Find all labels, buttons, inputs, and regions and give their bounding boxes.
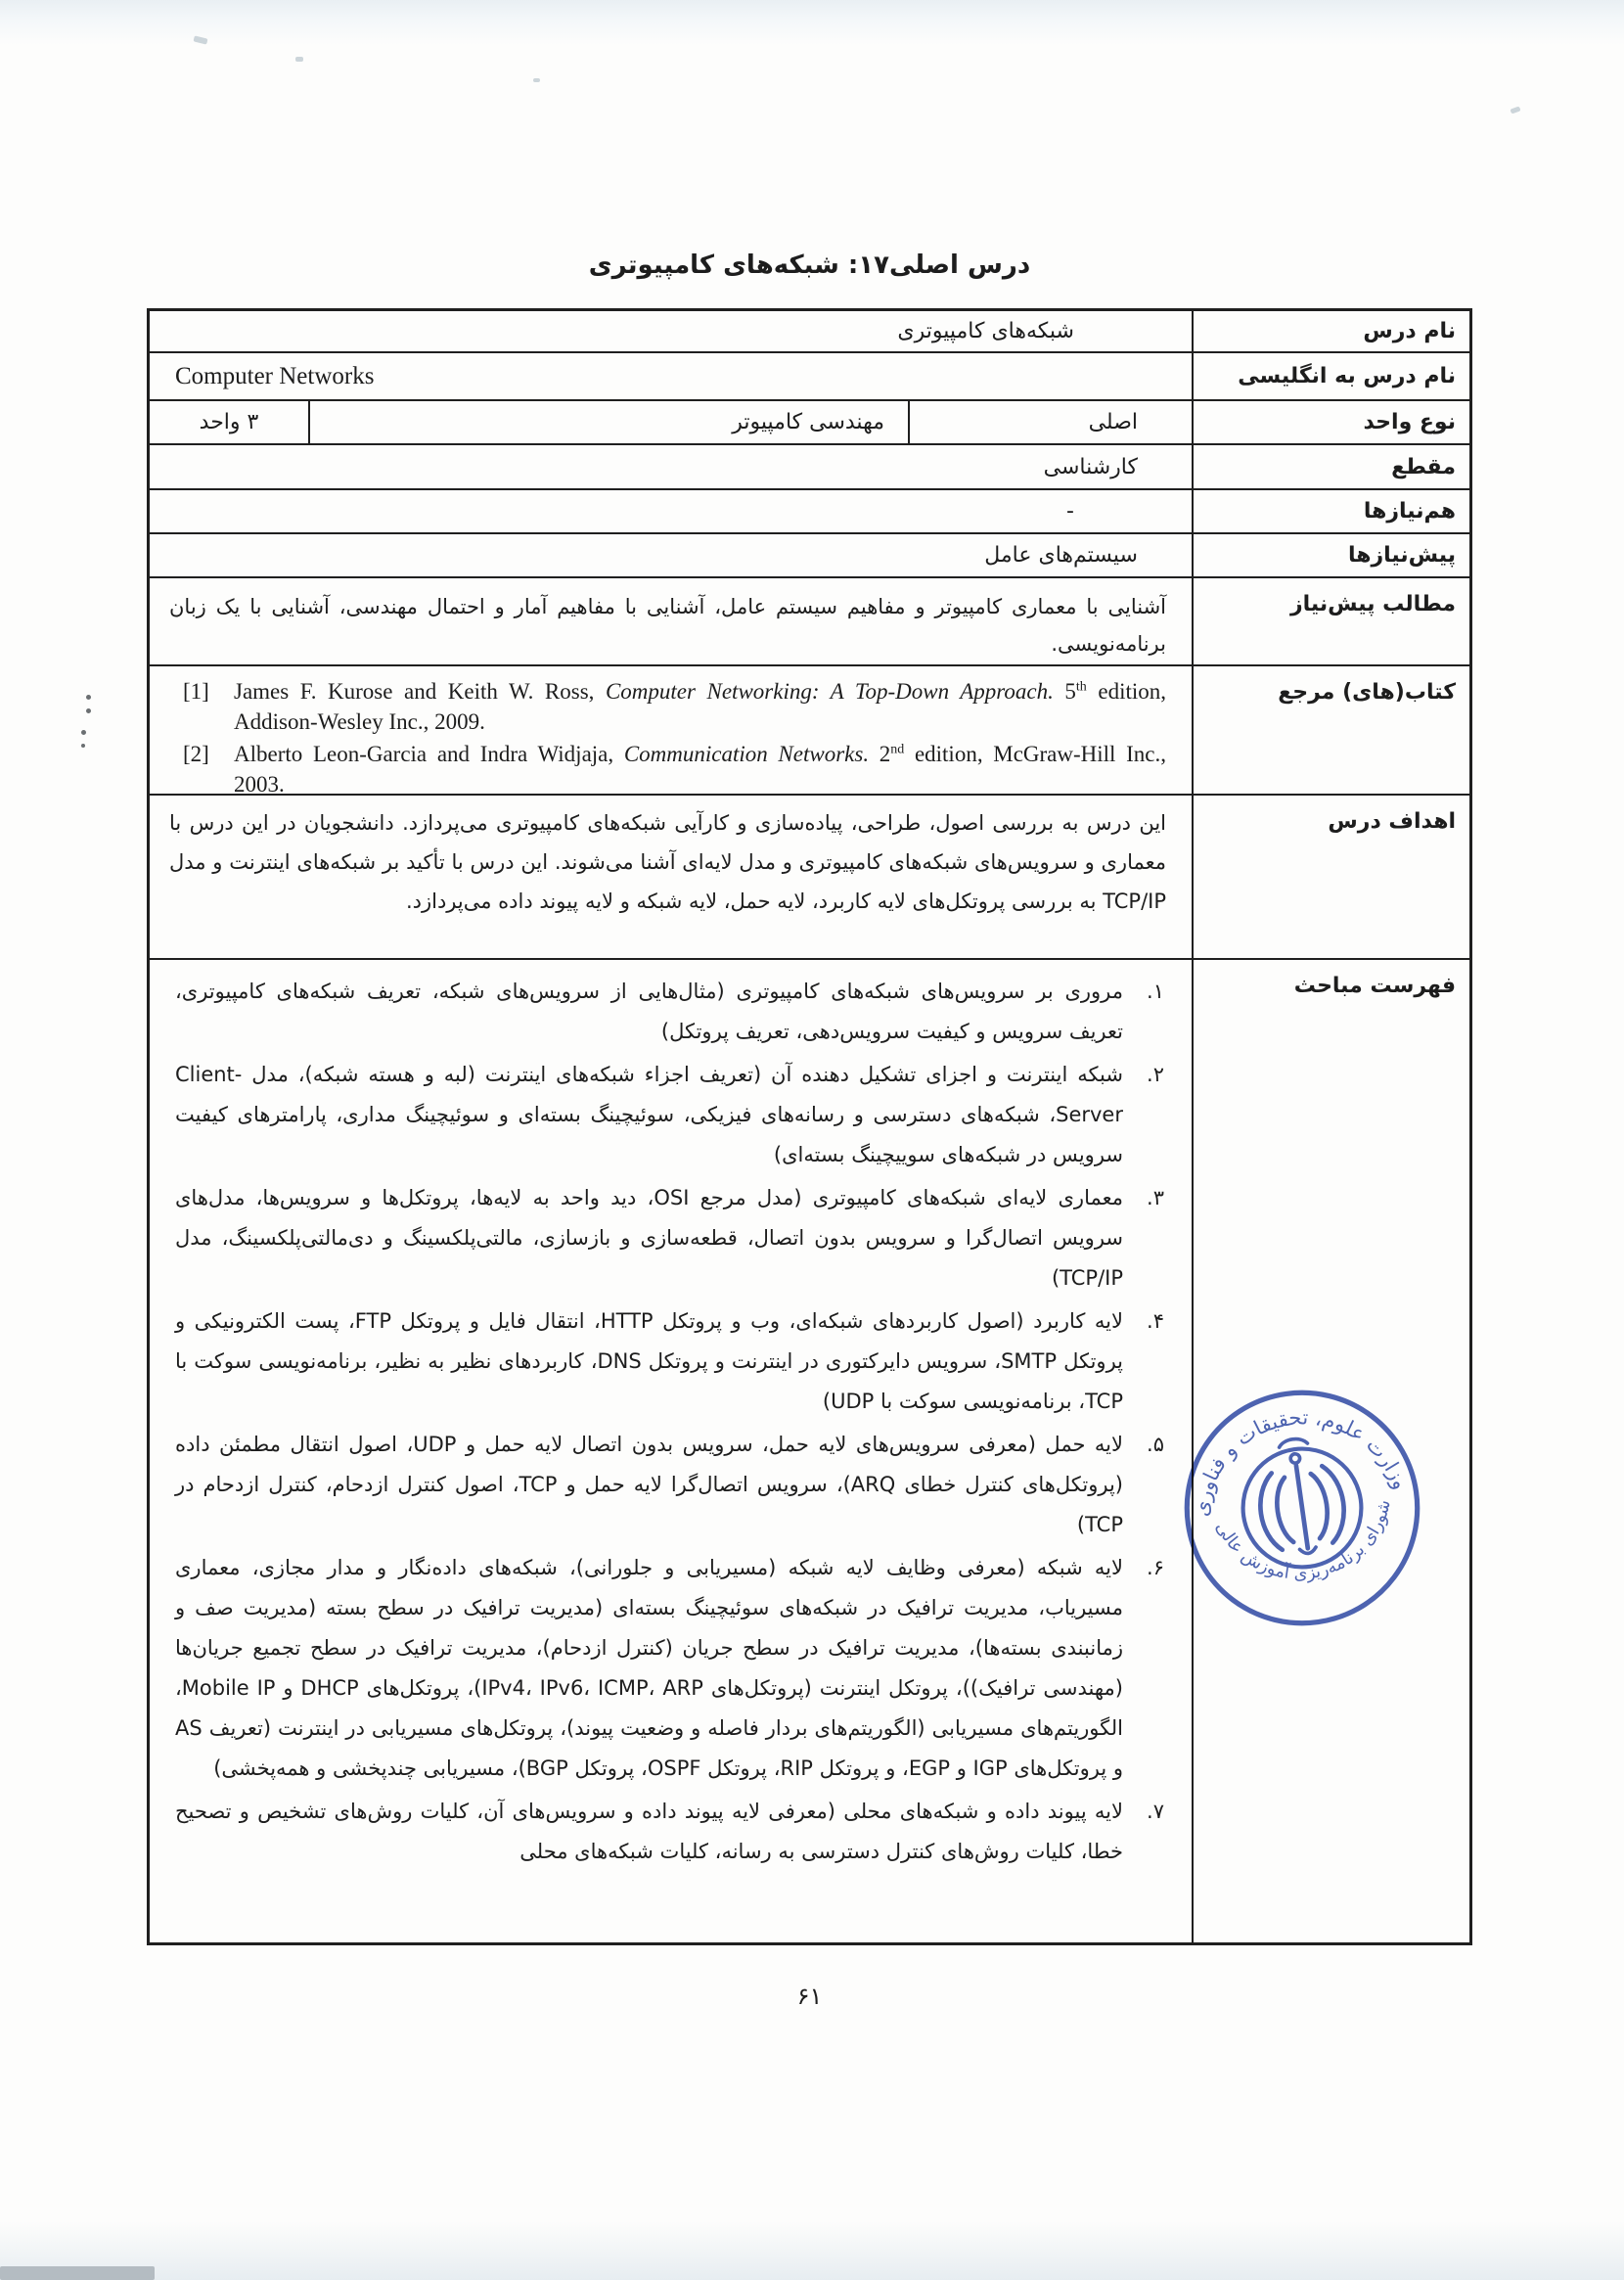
row-course-name-en: نام درس به انگلیسی Computer Networks (150, 353, 1469, 401)
row-prerequisites: پیش‌نیازها سیستم‌های عامل (150, 534, 1469, 578)
row-label-goals: اهداف درس (1192, 796, 1469, 958)
scan-edge-bottom (0, 2221, 1624, 2280)
topic-item-2: ۲. شبکه اینترنت و اجزای تشکیل دهنده آن (… (163, 1055, 1168, 1175)
reference-edition: 2 (869, 742, 890, 766)
goals-cell: این درس به بررسی اصول، طراحی، پیاده‌سازی… (150, 796, 1192, 958)
reference-edition-ordinal: th (1076, 679, 1087, 694)
reference-edition: 5 (1054, 679, 1076, 704)
references-list: [1]James F. Kurose and Keith W. Ross, Co… (183, 666, 1166, 794)
row-label-corequisites: هم‌نیازها (1192, 490, 1469, 532)
row-label-references: کتاب(های) مرجع (1192, 666, 1469, 794)
prerequisites-value: سیستم‌های عامل (150, 534, 1192, 576)
reference-item-1: [1]James F. Kurose and Keith W. Ross, Co… (183, 676, 1166, 737)
row-label-unit-type: نوع واحد (1192, 401, 1469, 443)
row-label-prerequisites: پیش‌نیازها (1192, 534, 1469, 576)
topic-text: لایه پیوند داده و شبکه‌های محلی (معرفی ل… (163, 1792, 1123, 1872)
references-cell: [1]James F. Kurose and Keith W. Ross, Co… (150, 666, 1192, 794)
reference-authors: James F. Kurose and Keith W. Ross, (234, 679, 606, 704)
row-unit-type: نوع واحد اصلی مهندسی کامپیوتر ۳ واحد (150, 401, 1469, 445)
reference-title: Communication Networks. (624, 742, 869, 766)
topic-number: ۲. (1123, 1055, 1168, 1175)
topic-item-7: ۷. لایه پیوند داده و شبکه‌های محلی (معرف… (163, 1792, 1168, 1872)
level-value: کارشناسی (150, 445, 1192, 488)
scan-corner-artifact (0, 2266, 155, 2280)
row-prereq-topics: مطالب پیش‌نیاز آشنایی با معماری کامپیوتر… (150, 578, 1469, 666)
scan-speck (86, 695, 91, 700)
reference-marker: [1] (183, 676, 234, 707)
row-topics: فهرست مباحث ۱. مروری بر سرویس‌های شبکه‌ه… (150, 960, 1469, 1942)
scan-speck (86, 708, 91, 713)
unit-field-value: مهندسی کامپیوتر (310, 401, 910, 443)
reference-marker: [2] (183, 739, 234, 769)
row-course-name: نام درس شبکه‌های کامپیوتری (150, 311, 1469, 353)
topic-text: معماری لایه‌ای شبکه‌های کامپیوتری (مدل م… (163, 1178, 1123, 1299)
scan-speck (81, 744, 85, 748)
reference-item-2: [2]Alberto Leon-Garcia and Indra Widjaja… (183, 739, 1166, 794)
topic-text: لایه شبکه (معرفی وظایف لایه شبکه (مسیریا… (163, 1548, 1123, 1789)
topic-item-5: ۵. لایه حمل (معرفی سرویس‌های لایه حمل، س… (163, 1425, 1168, 1545)
scan-edge-top (0, 0, 1624, 45)
row-label-prereq-topics: مطالب پیش‌نیاز (1192, 578, 1469, 664)
row-label-topics: فهرست مباحث (1192, 960, 1469, 1942)
prereq-topics-text: آشنایی با معماری کامپیوتر و مفاهیم سیستم… (169, 578, 1166, 662)
topic-text: لایه حمل (معرفی سرویس‌های لایه حمل، سروی… (163, 1425, 1123, 1545)
scan-speck (81, 730, 86, 735)
topic-text: لایه کاربرد (اصول کاربردهای شبکه‌ای، وب … (163, 1301, 1123, 1422)
topic-text: مروری بر سرویس‌های شبکه‌های کامپیوتری (م… (163, 972, 1123, 1052)
topic-item-4: ۴. لایه کاربرد (اصول کاربردهای شبکه‌ای، … (163, 1301, 1168, 1422)
topic-item-1: ۱. مروری بر سرویس‌های شبکه‌های کامپیوتری… (163, 972, 1168, 1052)
row-label-course-name: نام درس (1192, 311, 1469, 351)
scan-smudge (533, 78, 540, 82)
row-label-level: مقطع (1192, 445, 1469, 488)
topic-item-6: ۶. لایه شبکه (معرفی وظایف لایه شبکه (مسی… (163, 1548, 1168, 1789)
page-number: ۶۱ (147, 1983, 1472, 2010)
topics-cell: ۱. مروری بر سرویس‌های شبکه‌های کامپیوتری… (150, 960, 1192, 1942)
topic-number: ۵. (1123, 1425, 1168, 1545)
course-name-en-value: Computer Networks (150, 353, 1192, 399)
topic-number: ۳. (1123, 1178, 1168, 1299)
document-title: درس اصلی۱۷: شبکه‌های کامپیوتری (147, 251, 1472, 280)
topic-number: ۶. (1123, 1548, 1168, 1789)
topics-list: ۱. مروری بر سرویس‌های شبکه‌های کامپیوتری… (163, 960, 1168, 1875)
row-references: کتاب(های) مرجع [1]James F. Kurose and Ke… (150, 666, 1469, 796)
row-level: مقطع کارشناسی (150, 445, 1469, 490)
unit-type-value: اصلی (910, 401, 1192, 443)
reference-authors: Alberto Leon-Garcia and Indra Widjaja, (234, 742, 624, 766)
unit-type-cells: اصلی مهندسی کامپیوتر ۳ واحد (150, 401, 1192, 443)
reference-edition-ordinal: nd (890, 742, 904, 756)
topic-item-3: ۳. معماری لایه‌ای شبکه‌های کامپیوتری (مد… (163, 1178, 1168, 1299)
scan-smudge (295, 57, 303, 62)
course-spec-table: نام درس شبکه‌های کامپیوتری نام درس به ان… (147, 308, 1472, 1945)
corequisites-value: - (150, 490, 1192, 532)
topic-text: شبکه اینترنت و اجزای تشکیل دهنده آن (تعر… (163, 1055, 1123, 1175)
scan-smudge (1510, 106, 1520, 114)
unit-count-value: ۳ واحد (150, 401, 310, 443)
reference-title: Computer Networking: A Top-Down Approach… (606, 679, 1054, 704)
topic-number: ۱. (1123, 972, 1168, 1052)
row-goals: اهداف درس این درس به بررسی اصول، طراحی، … (150, 796, 1469, 960)
topic-number: ۷. (1123, 1792, 1168, 1872)
course-name-value: شبکه‌های کامپیوتری (150, 311, 1192, 351)
goals-text: این درس به بررسی اصول، طراحی، پیاده‌سازی… (169, 796, 1166, 921)
prereq-topics-cell: آشنایی با معماری کامپیوتر و مفاهیم سیستم… (150, 578, 1192, 664)
topic-number: ۴. (1123, 1301, 1168, 1422)
row-corequisites: هم‌نیازها - (150, 490, 1469, 534)
row-label-course-name-en: نام درس به انگلیسی (1192, 353, 1469, 399)
